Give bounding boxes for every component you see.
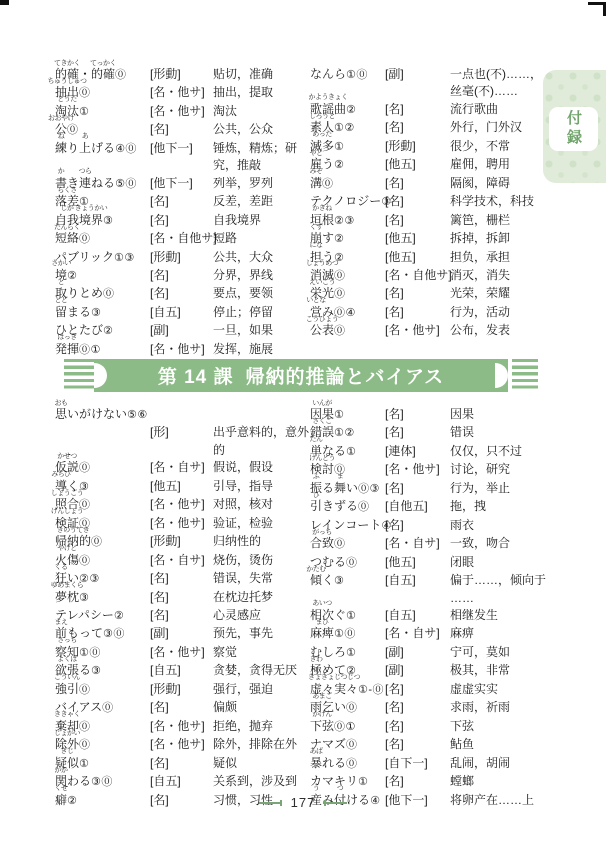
entry-translation: 拒绝，抛弃 <box>213 718 313 735</box>
entry-pos: [名・自サ] <box>385 625 450 642</box>
entry-word: 公おおやけ⓪ <box>55 121 150 139</box>
entry-translation: 求雨，祈雨 <box>450 699 550 716</box>
word-segment: い <box>334 699 346 716</box>
accent-number: ② <box>103 325 113 337</box>
entry-translation: 假说，假设 <box>213 459 313 476</box>
entry-translation: 发挥，施展 <box>213 341 313 358</box>
entry-pos: [形動] <box>150 249 213 266</box>
word-segment: 合致がっち <box>310 535 334 552</box>
furigana: にな <box>310 242 323 249</box>
entry-word: 疑似ぎじ① <box>55 755 150 773</box>
entry-pos: [名] <box>150 699 213 716</box>
word-segment: 強引ごういん <box>55 681 79 698</box>
furigana: つ <box>337 785 344 792</box>
word-segment: り <box>67 140 79 157</box>
entry-pos: [名・自サ] <box>150 552 213 569</box>
entry-translation: 一点也(不)……， 丝毫(不)…… <box>450 66 550 101</box>
entry-translation: 外行，门外汉 <box>450 119 550 136</box>
entry-translation: 出乎意料的，意外 的 <box>213 424 313 459</box>
entry-pos: [形動] <box>150 66 213 83</box>
lesson-title: 帰納的推論とバイアス <box>246 362 445 389</box>
furigana: かようきょく <box>309 94 348 101</box>
entry-pos: [名] <box>385 175 450 192</box>
entry-translation: 行为，举止 <box>450 480 550 497</box>
accent-number: ③ <box>334 575 344 587</box>
accent-number: ②③ <box>334 215 355 227</box>
accent-number: ③ <box>79 592 89 604</box>
entry-translation: 公共，公众 <box>213 121 313 138</box>
word-segment: きずる <box>322 498 358 515</box>
entry-pos: [副] <box>385 644 450 661</box>
entry-pos: [名・自サ] <box>150 459 213 476</box>
entry-pos: [名・他サ] <box>150 84 213 101</box>
entry-pos: [名・他サ] <box>150 515 213 532</box>
entry-word: 下弦かげん⓪① <box>310 718 385 736</box>
vocab-entry: 書かき連つらねる⑤⓪[他下一]列举，罗列 <box>55 175 325 193</box>
accent-number: ⓪ <box>79 233 91 245</box>
entry-translation: 归纳性的 <box>213 533 313 550</box>
furigana: ぎじ <box>61 748 74 755</box>
entry-translation: 停止；停留 <box>213 304 313 321</box>
entry-pos: [名・他サ] <box>385 322 450 339</box>
accent-number: ⓪ <box>334 325 346 337</box>
entry-pos: [他五] <box>385 156 450 173</box>
word-segment: 短絡たんらく <box>55 230 79 247</box>
vocab-entry: 棄却ききゃく⓪[名・他サ]拒绝，抛弃 <box>55 718 325 736</box>
word-segment: 的確てっかく <box>91 66 115 83</box>
vocab-entry: 崩くずす②[他五]拆掉，拆卸 <box>310 230 560 248</box>
word-segment: 練ね <box>55 140 67 157</box>
entry-translation: 自我境界 <box>213 212 313 229</box>
vocab-entry: 公おおやけ⓪[名]公共，公众 <box>55 121 325 139</box>
entry-translation: 心灵感应 <box>213 607 313 624</box>
accent-number: ② <box>346 104 356 116</box>
accent-number: ③⓪ <box>103 628 125 640</box>
word-segment: 麻痺まひ <box>310 625 334 642</box>
furigana: たんらく <box>54 224 80 231</box>
word-segment: 夢枕ゆめまくら <box>55 589 79 606</box>
accent-number: ① <box>358 776 368 788</box>
furigana: さかい <box>51 260 71 267</box>
page-number: 177 <box>291 795 316 810</box>
furigana: けんしょう <box>51 508 84 515</box>
entry-word: 振ふる舞まい⓪③ <box>310 480 385 498</box>
entry-translation: 极其，非常 <box>450 662 550 679</box>
entry-translation: 消灭，消失 <box>450 267 550 284</box>
entry-word: 麻痺まひ①⓪ <box>310 625 385 643</box>
accent-number: ①② <box>334 122 355 134</box>
entry-translation: 仅仅，只不过 <box>450 443 550 460</box>
word-segment: 暴あば <box>310 755 322 772</box>
furigana: ふ <box>313 473 320 480</box>
entry-pos: [名・自他サ] <box>150 230 213 247</box>
page-number-right-dash-icon <box>324 802 347 804</box>
entry-pos: [名] <box>385 718 450 735</box>
furigana: めった <box>312 131 331 138</box>
word-segment: げる <box>91 140 115 157</box>
furigana: とうた <box>57 96 77 103</box>
entry-pos: [名] <box>385 480 450 497</box>
vocab-entry: 暴あばれる⓪[自下一]乱闹，胡闹 <box>310 755 560 773</box>
vocab-entry: 自我じが境界きょうかい③[名]自我境界 <box>55 212 325 230</box>
entry-pos: [形動] <box>385 138 450 155</box>
accent-number: ① <box>346 610 356 622</box>
entry-translation: 很少，不常 <box>450 138 550 155</box>
entry-pos: [自他五] <box>385 498 450 515</box>
furigana: か <box>58 168 65 175</box>
furigana: くず <box>310 224 323 231</box>
vocab-entry: パブリック①③[形動]公共，大众 <box>55 249 325 267</box>
entry-translation: 列举，罗列 <box>213 175 313 192</box>
accent-number: ⓪① <box>334 721 356 733</box>
vocab-entry: 帰納的きのうてき⓪[形動]归纳性的 <box>55 533 325 551</box>
banner-left-halfcircle-icon <box>94 363 107 388</box>
furigana: じが <box>61 205 74 212</box>
entry-translation: 疑似 <box>213 755 313 772</box>
entry-word: カマキリ① <box>310 773 385 791</box>
vocab-entry: 麻痺まひ①⓪[名・自サ]麻痹 <box>310 625 560 643</box>
vocab-entry: 淘汰とうた①[名・他サ]淘汰 <box>55 103 325 121</box>
furigana: と <box>58 279 65 286</box>
entry-translation: 偏颇 <box>213 699 313 716</box>
textbook-page: 付録 的確てきかく・的確てっかく⓪[形動]贴切，准确抽出ちゅうしゅつ⓪[名・他サ… <box>0 0 606 845</box>
word-segment: なんら <box>310 66 346 83</box>
furigana: しょうめつ <box>306 260 339 267</box>
vocab-entry: 傾かたむく③[自五]偏于……，倾向于 …… <box>310 572 560 607</box>
accent-number: ⓪ <box>79 555 91 567</box>
vocab-entry: 導みちびく③[他五]引导，指导 <box>55 478 325 496</box>
accent-number: ③ <box>381 196 391 208</box>
accent-number: ⓪ <box>79 87 91 99</box>
entry-pos: [自五] <box>385 607 450 624</box>
entry-translation: 鲇鱼 <box>450 736 550 753</box>
accent-number: ③⓪ <box>91 776 113 788</box>
furigana: ね <box>58 133 65 140</box>
furigana: やけど <box>57 545 77 552</box>
entry-pos: [他下一] <box>150 140 213 157</box>
entry-translation: 除外，排除在外 <box>213 736 313 753</box>
word-segment: い <box>346 480 358 497</box>
entry-translation: 锤炼，精炼；研 究，推敲 <box>213 140 313 175</box>
vocab-entry: 疑似ぎじ①[名]疑似 <box>55 755 325 773</box>
vocab-entry: 欲張よくばる③[自五]贪婪，贪得无厌 <box>55 662 325 680</box>
furigana: まひ <box>316 619 329 626</box>
accent-number: ① <box>346 647 356 659</box>
vocab-entry: 営いとなみ⓪④[名]行为，活动 <box>310 304 560 322</box>
vocab-entry: 狂くるい②③[名]错误，失常 <box>55 570 325 588</box>
vocab-entry: ひとたび②[副]一旦，如果 <box>55 322 325 340</box>
entry-translation: 偏于……，倾向于 …… <box>450 572 550 607</box>
furigana: いんが <box>312 400 332 407</box>
page-number-left-dash-icon <box>259 802 282 804</box>
entry-translation: 抽出，提取 <box>213 84 313 101</box>
entry-word: 関かかわる③⓪ <box>55 773 150 791</box>
vocab-entry: 火傷やけど⓪[名・自サ]烧伤，烫伤 <box>55 552 325 570</box>
scan-corner-mark-topleft <box>0 0 9 5</box>
accent-number: ② <box>67 270 77 282</box>
vocab-entry: 単たんなる①[連体]仅仅，只不过 <box>310 443 560 461</box>
accent-number: ⓪ <box>79 739 91 751</box>
entry-translation: 一致，吻合 <box>450 535 550 552</box>
entry-word: 傾かたむく③ <box>310 572 385 590</box>
furigana: じょがい <box>54 730 80 737</box>
vocab-column-top-left: 的確てきかく・的確てっかく⓪[形動]贴切，准确抽出ちゅうしゅつ⓪[名・他サ]抽出… <box>55 66 325 359</box>
entry-pos: [名] <box>150 607 213 624</box>
entry-translation: 拖，拽 <box>450 498 550 515</box>
accent-number: ⑤⓪ <box>115 178 137 190</box>
entry-pos: [名] <box>385 517 450 534</box>
accent-number: ⓪ <box>346 557 358 569</box>
word-segment: ぐ <box>334 607 346 624</box>
accent-number: ①③ <box>114 252 135 264</box>
entry-pos: [名] <box>385 424 450 441</box>
entry-pos: [自五] <box>150 773 213 790</box>
entry-word: 強引ごういん⓪ <box>55 681 150 699</box>
entry-pos: [名・自他サ] <box>385 267 450 284</box>
furigana: かきね <box>312 205 332 212</box>
lesson-banner-bar: 第 14 課 帰納的推論とバイアス <box>94 359 508 392</box>
entry-pos: [名] <box>150 285 213 302</box>
vocab-entry: 栄光えいこう⓪[名]光荣，荣耀 <box>310 285 560 303</box>
entry-translation: 淘汰 <box>213 103 313 120</box>
entry-pos: [名] <box>385 304 450 321</box>
entry-translation: 篱笆，栅栏 <box>450 212 550 229</box>
word-segment: 発揮はっき <box>55 341 79 358</box>
accent-number: ⓪ <box>346 702 358 714</box>
vocab-entry: ナマズ⓪[名]鲇鱼 <box>310 736 560 754</box>
accent-number: ① <box>79 106 89 118</box>
entry-pos: [名] <box>150 212 213 229</box>
entry-word: なんら①⓪ <box>310 66 385 84</box>
vocab-entry: 溝みぞ⓪[名]隔阂，障碍 <box>310 175 560 193</box>
furigana: くる <box>55 564 68 571</box>
word-segment: 思おも <box>55 406 67 423</box>
entry-translation: 公布，发表 <box>450 322 550 339</box>
vocab-entry: 察知さっち①⓪[名・他サ]察觉 <box>55 644 325 662</box>
accent-number: ③ <box>91 307 101 319</box>
accent-number: ⓪ <box>67 124 79 136</box>
accent-number: ① <box>334 141 344 153</box>
entry-pos: [自五] <box>150 304 213 321</box>
word-segment: 公表こうひょう <box>310 322 334 339</box>
accent-number: ⓪ <box>334 288 346 300</box>
vocab-column-top-right: なんら①⓪[副]一点也(不)……， 丝毫(不)……歌謡曲かようきょく②[名]流行… <box>310 66 560 341</box>
entry-translation: 隔阂，障碍 <box>450 175 550 192</box>
entry-translation: 因果 <box>450 406 550 423</box>
vocab-entry: 発揮はっき⓪①[名・他サ]发挥，施展 <box>55 341 325 359</box>
word-segment: 溝みぞ <box>310 175 322 192</box>
entry-word: 練ねり上あげる④⓪ <box>55 140 150 158</box>
entry-word: テレパシー② <box>55 607 150 625</box>
vocab-entry: つむる⓪[他五]闭眼 <box>310 554 560 572</box>
word-segment: す <box>322 230 334 247</box>
banner-right-halfcircle-icon <box>495 363 508 388</box>
vocab-entry: 相次あいつぐ①[自五]相继发生 <box>310 607 560 625</box>
entry-translation: 担负，承担 <box>450 249 550 266</box>
entry-pos: [副] <box>385 66 450 83</box>
accent-number: ⓪ <box>334 538 346 550</box>
word-segment: まる <box>67 304 91 321</box>
entry-pos: [名] <box>385 285 450 302</box>
accent-number: ⓪ <box>322 178 334 190</box>
entry-pos: [名] <box>385 101 450 118</box>
entry-translation: 强行，强迫 <box>213 681 313 698</box>
vocab-entry: 雇やとう②[他五]雇佣，聘用 <box>310 156 560 174</box>
vocab-entry: 錯誤さくご①②[名]错误 <box>310 424 560 442</box>
banner-left-stripes-icon <box>64 359 94 392</box>
entry-translation: 要点，要领 <box>213 285 313 302</box>
vocab-entry: 合致がっち⓪[名・自サ]一致，吻合 <box>310 535 560 553</box>
entry-pos: [自五] <box>385 572 450 589</box>
entry-pos: [形動] <box>150 681 213 698</box>
word-segment: わる <box>67 773 91 790</box>
vocab-entry: 練ねり上あげる④⓪[他下一]锤炼，精炼；研 究，推敲 <box>55 140 325 175</box>
entry-word: 検討けんとう⓪ <box>310 461 385 479</box>
vocab-entry: むしろ①[副]宁可，莫如 <box>310 644 560 662</box>
entry-translation: 流行歌曲 <box>450 101 550 118</box>
entry-word: 公表こうひょう⓪ <box>310 322 385 340</box>
entry-pos: [名・他サ] <box>150 644 213 661</box>
entry-translation: 贴切，准确 <box>213 66 313 83</box>
entry-translation: 雨衣 <box>450 517 550 534</box>
furigana: とど <box>55 297 68 304</box>
entry-translation: 引导，指导 <box>213 478 313 495</box>
furigana: さっち <box>57 637 77 644</box>
entry-pos: [名] <box>150 589 213 606</box>
furigana: よくば <box>57 656 77 663</box>
accent-number: ⓪ <box>346 758 358 770</box>
entry-pos: [名] <box>385 212 450 229</box>
vocab-entry: 振ふる舞まい⓪③[名]行为，举止 <box>310 480 560 498</box>
word-segment: りとめ <box>67 285 103 302</box>
accent-number: ①⓪ <box>346 69 368 81</box>
furigana: ききゃく <box>54 711 80 718</box>
vocab-entry: 素人しろうと①②[名]外行，门外汉 <box>310 119 560 137</box>
accent-number: ⓪ <box>115 69 127 81</box>
furigana: しょうごう <box>51 490 84 497</box>
entry-pos: [他五] <box>385 230 450 247</box>
entry-translation: 在枕边托梦 <box>213 589 313 606</box>
entry-translation: 讨论，研究 <box>450 461 550 478</box>
furigana: おも <box>55 400 68 407</box>
furigana: ゆめまくら <box>51 582 84 589</box>
entry-word: 溝みぞ⓪ <box>310 175 385 193</box>
furigana: みぞ <box>310 168 323 175</box>
vocab-entry: 検討けんとう⓪[名・他サ]讨论，研究 <box>310 461 560 479</box>
furigana: あ <box>82 133 89 140</box>
accent-number: ⓪③ <box>358 483 380 495</box>
vocab-entry: 照合しょうごう⓪[名・他サ]对照，核对 <box>55 496 325 514</box>
vocab-entry: 思おもいがけない⑤⑥ <box>55 406 325 424</box>
entry-pos: [他五] <box>150 478 213 495</box>
entry-word: 引ひきずる⓪ <box>310 498 385 516</box>
vocab-entry: 虚々実々きょきょじつじつ①-⓪[名]虚虚实实 <box>310 681 560 699</box>
furigana: らくさ <box>57 187 77 194</box>
word-segment: 留とど <box>55 304 67 321</box>
vocab-entry: 雨乞あまごい⓪[名]求雨，祈雨 <box>310 699 560 717</box>
vocab-entry: 垣根かきね②③[名]篱笆，栅栏 <box>310 212 560 230</box>
furigana: ひ <box>313 492 320 499</box>
vocab-entry: レインコート④[名]雨衣 <box>310 517 560 535</box>
furigana: きょうかい <box>75 205 108 212</box>
furigana: たん <box>310 436 323 443</box>
entry-pos: [自下一] <box>385 755 450 772</box>
word-segment: 上あ <box>79 140 91 157</box>
word-segment: 下弦かげん <box>310 718 334 735</box>
accent-number: ⓪ <box>79 462 91 474</box>
entry-pos: [名] <box>385 193 450 210</box>
entry-pos: [副] <box>150 625 213 642</box>
accent-number: ③ <box>103 215 113 227</box>
word-segment: る <box>322 480 334 497</box>
entry-translation: 螳螂 <box>450 773 550 790</box>
furigana: てっかく <box>90 60 116 67</box>
entry-translation: 分界，界线 <box>213 267 313 284</box>
vocab-entry: 強引ごういん⓪[形動]强行，强迫 <box>55 681 325 699</box>
entry-pos: [名] <box>385 699 450 716</box>
vocab-entry: 滅多めった①[形動]很少，不常 <box>310 138 560 156</box>
accent-number: ② <box>334 159 344 171</box>
vocab-entry: カマキリ①[名]螳螂 <box>310 773 560 791</box>
entry-translation: 乱闹，胡闹 <box>450 755 550 772</box>
furigana: はっき <box>57 334 77 341</box>
vocab-entry: 因果いんが①[名]因果 <box>310 406 560 424</box>
accent-number: ⓪ <box>358 501 370 513</box>
word-segment: 傾かたむ <box>310 572 322 589</box>
scan-corner-mark-topright <box>588 2 606 16</box>
lesson-banner: 第 14 課 帰納的推論とバイアス <box>0 359 606 392</box>
word-segment: 境界きょうかい <box>79 212 103 229</box>
entry-word: 合致がっち⓪ <box>310 535 385 553</box>
vocab-entry: 抽出ちゅうしゅつ⓪[名・他サ]抽出，提取 <box>55 84 325 102</box>
entry-translation: 一旦，如果 <box>213 322 313 339</box>
entry-translation: 科学技术，科技 <box>450 193 550 210</box>
entry-pos: [名・他サ] <box>150 341 213 358</box>
entry-translation: 公共，大众 <box>213 249 313 266</box>
page-footer: 177 <box>0 795 606 810</box>
furigana: こうひょう <box>306 316 339 323</box>
furigana: くせ <box>55 785 68 792</box>
entry-translation: 错误 <box>450 424 550 441</box>
furigana: ちゅうしゅつ <box>48 78 87 85</box>
lesson-number: 第 14 課 <box>158 362 234 389</box>
vocab-entry: 歌謡曲かようきょく②[名]流行歌曲 <box>310 101 560 119</box>
word-segment: く <box>322 572 334 589</box>
entry-translation: 验证，检验 <box>213 515 313 532</box>
furigana: かげん <box>312 711 332 718</box>
entry-word: 火傷やけど⓪ <box>55 552 150 570</box>
entry-pos: [名] <box>385 119 450 136</box>
appendix-tab-label: 付録 <box>566 110 581 148</box>
furigana: かせつ <box>57 453 77 460</box>
entry-translation: 短路 <box>213 230 313 247</box>
entry-translation: 预先，事先 <box>213 625 313 642</box>
word-segment: う <box>322 156 334 173</box>
entry-pos: [名] <box>385 736 450 753</box>
entry-translation: 拆掉，拆卸 <box>450 230 550 247</box>
furigana: しろうと <box>309 113 335 120</box>
entry-translation: 反差，差距 <box>213 193 313 210</box>
entry-pos: [名] <box>385 681 450 698</box>
furigana: てきかく <box>54 60 80 67</box>
vocab-entry: 留とどまる③[自五]停止；停留 <box>55 304 325 322</box>
entry-pos: [名] <box>150 193 213 210</box>
entry-word: 暴あばれる⓪ <box>310 755 385 773</box>
word-segment: 引ひ <box>310 498 322 515</box>
entry-translation: 贪婪，贪得无厌 <box>213 662 313 679</box>
accent-number: ④⓪ <box>115 143 137 155</box>
entry-pos: [副] <box>385 662 450 679</box>
